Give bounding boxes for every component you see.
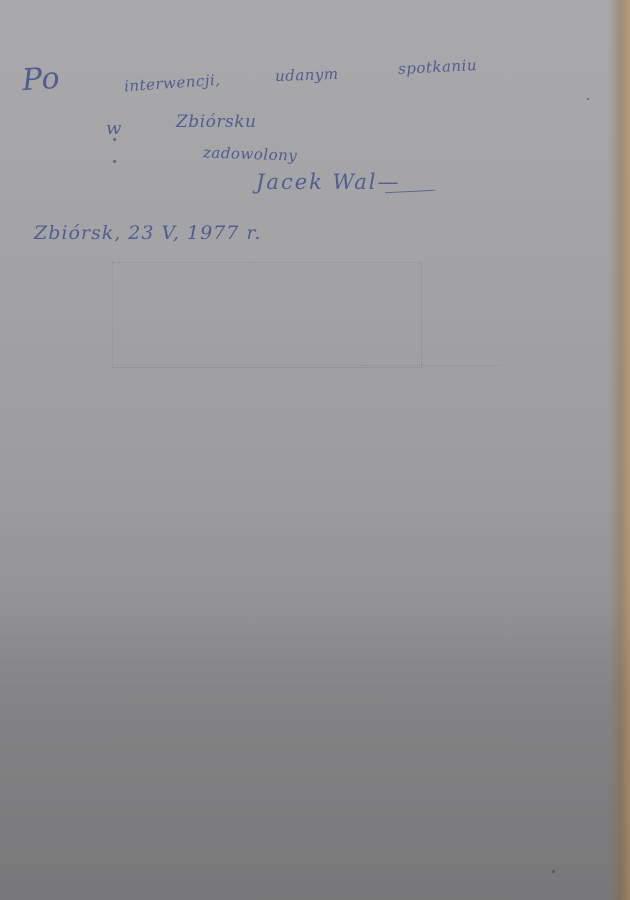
paper-speck	[113, 160, 116, 163]
handwriting-line3: zadowolony	[203, 143, 298, 164]
handwriting-opening: Po	[21, 61, 61, 99]
paper-speck	[113, 138, 116, 141]
lighting-shadow	[0, 600, 630, 900]
paper-speck	[552, 870, 555, 873]
handwriting-line2-prefix: w	[106, 118, 122, 139]
place-date: Zbiórsk, 23 V, 1977 r.	[34, 222, 261, 244]
handwriting-line1-word2: udanym	[275, 65, 339, 85]
faint-stamp-outline-secondary	[360, 330, 500, 366]
paper-speck	[587, 98, 589, 100]
handwriting-line2-place: Zbiórsku	[176, 112, 256, 132]
scanned-page: Po interwencji, udanym spotkaniu w Zbiór…	[0, 0, 630, 900]
handwriting-line1-word1: interwencji,	[123, 71, 221, 96]
handwriting-line1-word3: spotkaniu	[398, 56, 478, 78]
signature: Jacek Wal—	[256, 170, 401, 194]
